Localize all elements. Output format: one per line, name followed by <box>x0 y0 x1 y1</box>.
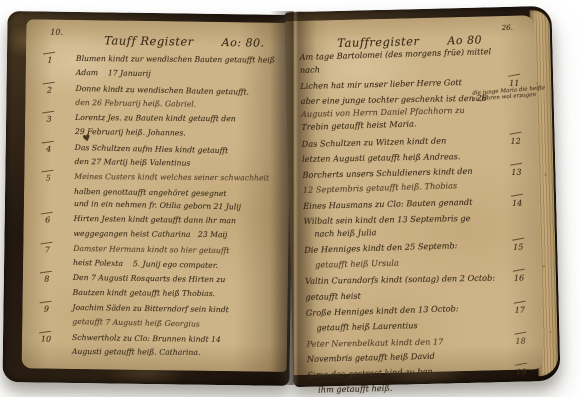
left-header-anno: Ao: 80. <box>222 36 265 50</box>
entry-text: Hirten Jesten kindt getaufft dann ihr ma… <box>74 213 281 228</box>
entry-number <box>37 185 59 187</box>
entry-number <box>509 285 529 287</box>
entry-text: Den 7 Augusti Rosquarts des Hirten zu <box>73 272 280 287</box>
entry-number <box>37 227 59 229</box>
right-page: 26. Tauffregister Ao 80 die junge Maria … <box>285 15 544 375</box>
manuscript-photo: { "palette": { "bg": "#ffffff", "cover":… <box>0 0 580 397</box>
register-entry-line: den 27 Martij heiß Valentinus <box>37 156 281 172</box>
entry-number: 1 <box>39 52 61 67</box>
entry-number: 6 <box>37 213 59 228</box>
entry-number: 5 <box>37 171 59 186</box>
open-register-book: 10. Tauff Register Ao: 80. ♥ 1Blumen kin… <box>0 0 580 397</box>
entry-number: 7 <box>36 242 58 257</box>
entry-number <box>38 126 60 128</box>
entry-text: Schwertholz zu Clo: Brunnen kindt 14 <box>72 332 279 347</box>
entry-number <box>511 347 531 349</box>
entry-number: 13 <box>506 163 526 179</box>
entry-number: 16 <box>509 270 529 286</box>
entry-number <box>506 147 526 149</box>
entry-text: Augusti getaufft heiß. Catharina. <box>72 346 279 360</box>
entry-text: den 27 Martij heiß Valentinus <box>74 156 281 171</box>
left-folio-number: 10. <box>50 28 63 37</box>
entry-number <box>504 90 524 92</box>
entry-number <box>38 156 60 158</box>
entry-text: Meines Custers kindt welches seiner schw… <box>74 171 281 185</box>
register-entry-line: Adam 17 Januarij <box>39 67 283 83</box>
register-entry-line: weggegangen heist Catharina 23 Maij <box>36 227 280 243</box>
entry-number: 9 <box>35 301 57 316</box>
left-page: 10. Tauff Register Ao: 80. ♥ 1Blumen kin… <box>22 19 292 372</box>
entry-number: 8 <box>36 272 58 287</box>
entry-text: und in ein nehmen fr. Otilia geborn 21 J… <box>74 198 281 215</box>
register-entry-line: 29 Februarij heiß. Johannes. <box>38 126 282 142</box>
entry-number: 12 <box>505 132 525 148</box>
entry-text: getaufft 7 Augusti heiß Georgius <box>72 316 279 333</box>
entry-text: Damster Hermans kindt so hier getaufft <box>73 243 280 258</box>
entry-text: letzten Augusti getaufft heiß Andreas. <box>302 149 502 166</box>
book-cover-left: 10. Tauff Register Ao: 80. ♥ 1Blumen kin… <box>2 11 294 386</box>
entry-number <box>508 223 528 225</box>
entry-text: 29 Februarij heiß. Johannes. <box>75 126 282 141</box>
entry-text: Lorentz Jes. zu Bauten kindt getaufft de… <box>75 112 282 126</box>
book-cover-right: 26. Tauffregister Ao 80 die junge Maria … <box>284 6 560 387</box>
entry-number: 19 <box>511 363 531 379</box>
entry-number: 2 <box>38 82 60 97</box>
entry-text: heist Polexta 5. Junij ego compater. <box>73 257 280 274</box>
entry-text: Joachim Säden zu Bitterndorf sein kindt <box>72 302 279 317</box>
entry-number <box>507 178 527 180</box>
register-entry-line: Augusti getaufft heiß. Catharina. <box>35 345 279 361</box>
entry-number: 3 <box>38 112 60 127</box>
entry-text: den 26 Februarij heiß. Gabriel. <box>75 97 282 112</box>
entry-number <box>505 103 525 105</box>
entry-number: 14 <box>507 194 527 210</box>
entry-number <box>35 316 57 318</box>
entry-number: 17 <box>510 301 530 317</box>
entry-number <box>39 67 61 69</box>
register-entry-line: getaufft 7 Augusti heiß Georgius <box>35 316 279 332</box>
right-folio-number: 26. <box>502 24 513 32</box>
register-entry-line: heist Polexta 5. Junij ego compater. <box>36 257 280 273</box>
entry-number <box>511 378 531 380</box>
entry-text: Am tage Bartolomei (des morgens früe) mi… <box>299 45 500 77</box>
entry-number <box>510 316 530 318</box>
entry-number <box>505 116 525 118</box>
entry-number <box>37 197 59 199</box>
entry-text: Blumen kindt zur wendischen Bauten getau… <box>76 53 283 67</box>
entry-text: Adam 17 Januarij <box>76 67 283 82</box>
entry-number: 4 <box>38 141 60 156</box>
entry-number: 18 <box>510 332 530 348</box>
entry-number <box>36 257 58 259</box>
entry-number <box>35 345 57 347</box>
left-header-title: Tauff Register <box>104 33 194 48</box>
entry-number <box>508 254 528 256</box>
entry-number <box>36 286 58 288</box>
register-entry-line: Bautzen kindt getaufft heiß Thobias. <box>36 286 280 302</box>
right-page-entries: Am tage Bartolomei (des morgens früe) mi… <box>293 45 531 397</box>
left-page-header: Tauff Register Ao: 80. <box>104 33 264 49</box>
entry-number <box>503 45 523 47</box>
entry-text: weggegangen heist Catharina 23 Maij <box>73 228 280 242</box>
entry-number: 11 <box>504 75 524 91</box>
entry-number <box>38 96 60 98</box>
register-entry-line: Am tage Bartolomei (des morgens früe) mi… <box>293 45 524 77</box>
left-page-entries: 1Blumen kindt zur wendischen Bauten geta… <box>35 49 283 361</box>
entry-number: 10 <box>35 331 57 346</box>
entry-number: 15 <box>508 239 528 255</box>
entry-number <box>507 209 527 211</box>
entry-text: Bautzen kindt getaufft heiß Thobias. <box>73 287 280 301</box>
